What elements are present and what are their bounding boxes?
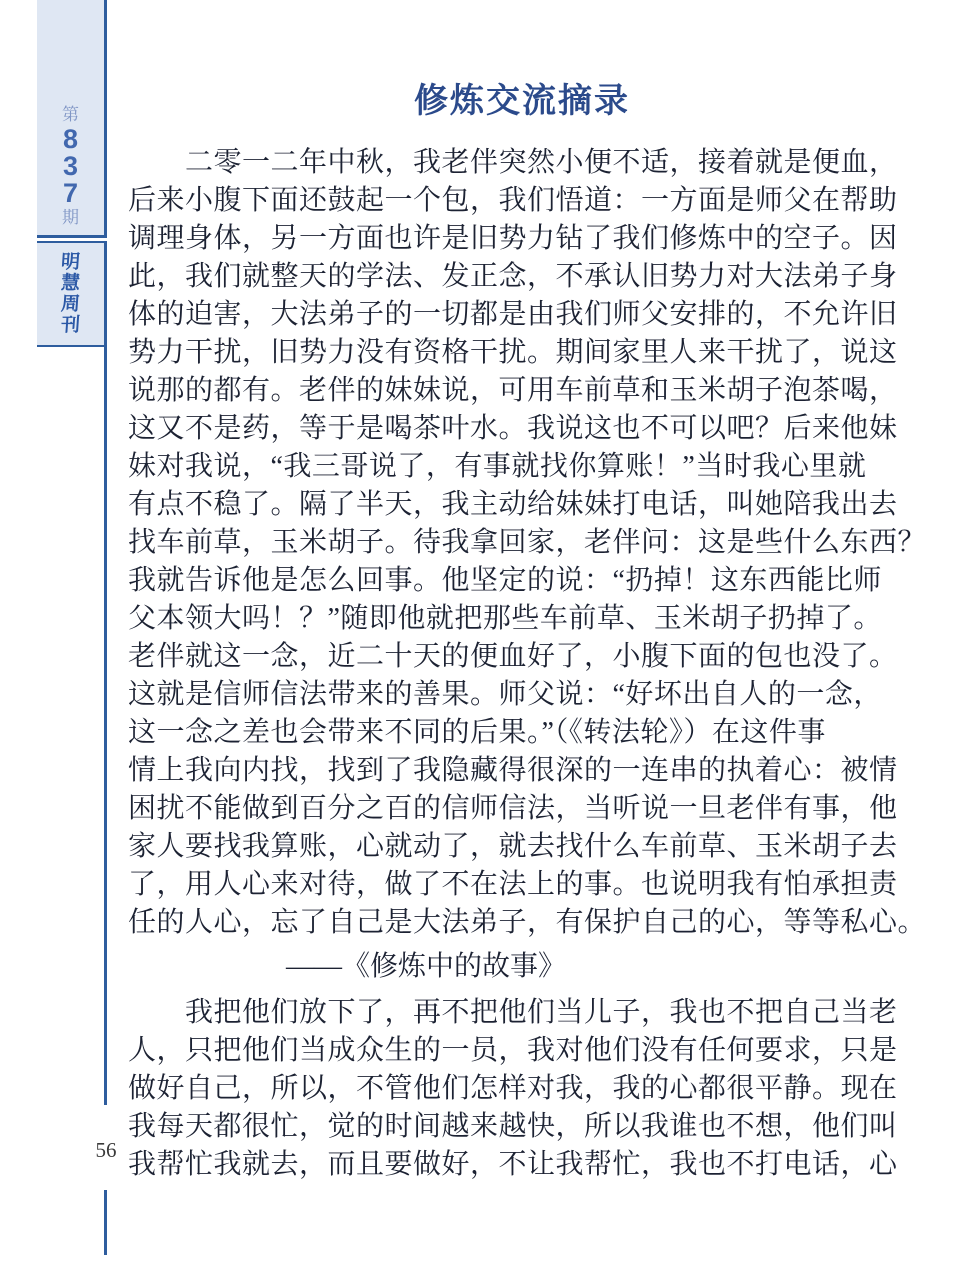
text-line: 这就是信师信法带来的善果。师父说：“好坏出自人的一念， <box>128 676 916 714</box>
publication-name-box: 明 慧 周 刊 <box>37 241 107 347</box>
text-line: 二零一二年中秋，我老伴突然小便不适，接着就是便血， <box>128 144 916 182</box>
text-line: 老伴就这一念，近二十天的便血好了，小腹下面的包也没了。 <box>128 638 916 676</box>
article: 修炼交流摘录 二零一二年中秋，我老伴突然小便不适，接着就是便血，后来小腹下面还鼓… <box>128 78 916 1184</box>
issue-digit-1: 8 <box>63 126 78 153</box>
text-line: 情上我向内找，找到了我隐藏得很深的一连串的执着心：被情 <box>128 752 916 790</box>
page-number: 56 <box>86 1138 126 1163</box>
issue-suffix-label: 期 <box>62 207 79 229</box>
publication-char-3: 周 <box>60 294 80 315</box>
sidebar: 第 8 3 7 期 明 慧 周 刊 <box>37 0 107 347</box>
text-line: 这一念之差也会带来不同的后果。”（《转法轮》）在这件事 <box>128 714 916 752</box>
issue-number-box: 第 8 3 7 期 <box>37 0 107 238</box>
text-line: 任的人心，忘了自己是大法弟子，有保护自己的心，等等私心。 <box>128 904 916 942</box>
text-line: 我就告诉他是怎么回事。他坚定的说：“扔掉！这东西能比师 <box>128 562 916 600</box>
publication-char-4: 刊 <box>60 315 80 336</box>
text-line: 我每天都很忙，觉的时间越来越快，所以我谁也不想，他们叫 <box>128 1108 916 1146</box>
text-line: 我把他们放下了，再不把他们当儿子，我也不把自己当老 <box>128 994 916 1032</box>
text-line: 势力干扰，旧势力没有资格干扰。期间家里人来干扰了，说这 <box>128 334 916 372</box>
text-line: 有点不稳了。隔了半天，我主动给妹妹打电话，叫她陪我出去 <box>128 486 916 524</box>
issue-digit-3: 7 <box>63 180 78 207</box>
text-line: 了，用人心来对待，做了不在法上的事。也说明我有怕承担责 <box>128 866 916 904</box>
issue-prefix-label: 第 <box>62 104 79 126</box>
text-line: 我帮忙我就去，而且要做好，不让我帮忙，我也不打电话，心 <box>128 1146 916 1184</box>
paragraph-1: 二零一二年中秋，我老伴突然小便不适，接着就是便血，后来小腹下面还鼓起一个包，我们… <box>128 144 916 942</box>
text-line: 做好自己，所以，不管他们怎样对我，我的心都很平静。现在 <box>128 1070 916 1108</box>
text-line: 困扰不能做到百分之百的信师信法，当听说一旦老伴有事，他 <box>128 790 916 828</box>
publication-char-1: 明 <box>60 252 80 273</box>
text-line: 这又不是药，等于是喝茶叶水。我说这也不可以吧？后来他妹 <box>128 410 916 448</box>
text-line: 后来小腹下面还鼓起一个包，我们悟道：一方面是师父在帮助 <box>128 182 916 220</box>
text-line: 人，只把他们当成众生的一员，我对他们没有任何要求，只是 <box>128 1032 916 1070</box>
text-line: 说那的都有。老伴的妹妹说，可用车前草和玉米胡子泡茶喝， <box>128 372 916 410</box>
margin-vertical-rule-bottom <box>104 1190 107 1255</box>
text-line: 找车前草，玉米胡子。待我拿回家，老伴问：这是些什么东西？ <box>128 524 916 562</box>
text-line: 调理身体，另一方面也许是旧势力钻了我们修炼中的空子。因 <box>128 220 916 258</box>
text-line: 家人要找我算账，心就动了，就去找什么车前草、玉米胡子去 <box>128 828 916 866</box>
text-line: 体的迫害，大法弟子的一切都是由我们师父安排的，不允许旧 <box>128 296 916 334</box>
text-line: 此，我们就整天的学法、发正念，不承认旧势力对大法弟子身 <box>128 258 916 296</box>
text-line: 妹对我说，“我三哥说了，有事就找你算账！”当时我心里就 <box>128 448 916 486</box>
article-title: 修炼交流摘录 <box>128 78 916 124</box>
issue-digit-2: 3 <box>63 153 78 180</box>
source-citation: ——《修炼中的故事》 <box>128 948 916 986</box>
paragraph-2: 我把他们放下了，再不把他们当儿子，我也不把自己当老人，只把他们当成众生的一员，我… <box>128 994 916 1184</box>
publication-char-2: 慧 <box>60 273 80 294</box>
text-line: 父本领大吗！？”随即他就把那些车前草、玉米胡子扔掉了。 <box>128 600 916 638</box>
